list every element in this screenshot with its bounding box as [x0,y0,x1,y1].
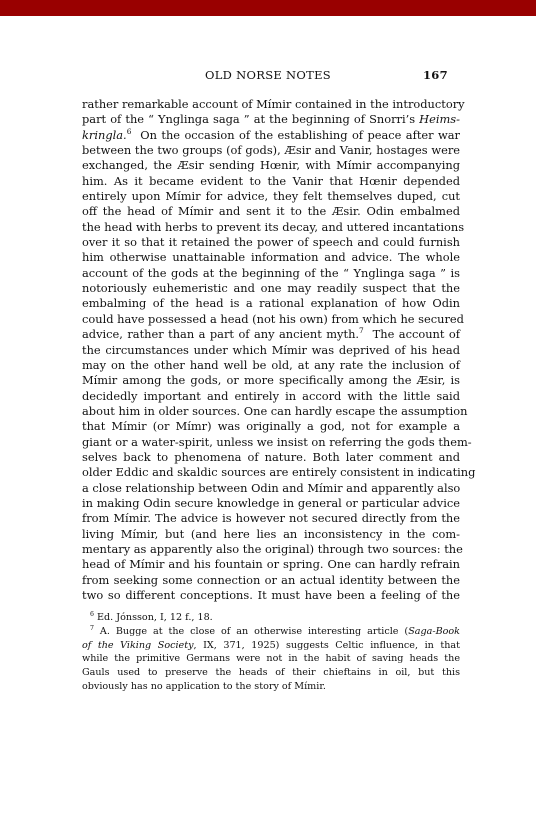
page-number: 167 [423,68,448,82]
text-line: him. As it became evident to the Vanir t… [82,174,460,189]
top-bar [0,0,536,16]
text-line: exchanged, the Æsir sending Hœnir, with … [82,158,460,173]
body-text: rather remarkable account of Mímir conta… [82,97,460,603]
text-line: the circumstances under which Mímir was … [82,343,460,358]
text-line: a close relationship between Odin and Mí… [82,481,460,496]
footnote-line: Gauls used to preserve the heads of thei… [82,666,460,680]
footnote-line: while the primitive Germans were not in … [82,652,460,666]
text-line: part of the “ Ynglinga saga ” at the beg… [82,112,460,127]
text-line: from Mímir. The advice is however not se… [82,511,460,526]
text-line: could have possessed a head (not his own… [82,312,460,327]
footnote-line: of the Viking Society, IX, 371, 1925) su… [82,639,460,653]
text-line: giant or a water-spirit, unless we insis… [82,435,460,450]
footnote-marker: 6 [90,611,94,618]
text-line: entirely upon Mímir for advice, they fel… [82,189,460,204]
text-line: selves back to phenomena of nature. Both… [82,450,460,465]
footnote-ref-7[interactable]: 7 [359,326,364,335]
text-line: notoriously euhemeristic and one may rea… [82,281,460,296]
footnote-marker: 7 [90,625,94,632]
text-line: between the two groups (of gods), Æsir a… [82,143,460,158]
running-head: OLD NORSE NOTES 167 [82,68,460,84]
text-line: advice, rather than a part of any ancien… [82,327,460,342]
text-line: kringla.6 On the occasion of the establi… [82,128,460,143]
footnote-6: 6 Ed. Jónsson, I, 12 f., 18. [82,611,460,625]
text-line: that Mímir (or Mímr) was originally a go… [82,419,460,434]
text-line: head of Mímir and his fountain or spring… [82,557,460,572]
footnote-ref-6[interactable]: 6 [127,127,132,136]
text-line: in making Odin secure knowledge in gener… [82,496,460,511]
text-line: decidedly important and entirely in acco… [82,389,460,404]
footnotes: 6 Ed. Jónsson, I, 12 f., 18. 7 A. Bugge … [82,611,460,694]
text-line: about him in older sources. One can hard… [82,404,460,419]
footnote-7: 7 A. Bugge at the close of an otherwise … [82,625,460,639]
text-line: living Mímir, but (and here lies an inco… [82,527,460,542]
text-line: Mímir among the gods, or more specifical… [82,373,460,388]
footnote-line: obviously has no application to the stor… [82,680,460,694]
text-line: older Eddic and skaldic sources are enti… [82,465,460,480]
text-line: over it so that it retained the power of… [82,235,460,250]
text-line: may on the other hand well be old, at an… [82,358,460,373]
text-line: from seeking some connection or an actua… [82,573,460,588]
text-line: rather remarkable account of Mímir conta… [82,97,460,112]
text-line: embalming of the head is a rational expl… [82,296,460,311]
text-line: him otherwise unattainable information a… [82,250,460,265]
running-title: OLD NORSE NOTES [205,68,331,82]
text-line: two so different conceptions. It must ha… [82,588,460,603]
text-line: account of the gods at the beginning of … [82,266,460,281]
text-line: mentary as apparently also the original)… [82,542,460,557]
text-line: the head with herbs to prevent its decay… [82,220,460,235]
text-line: off the head of Mímir and sent it to the… [82,204,460,219]
